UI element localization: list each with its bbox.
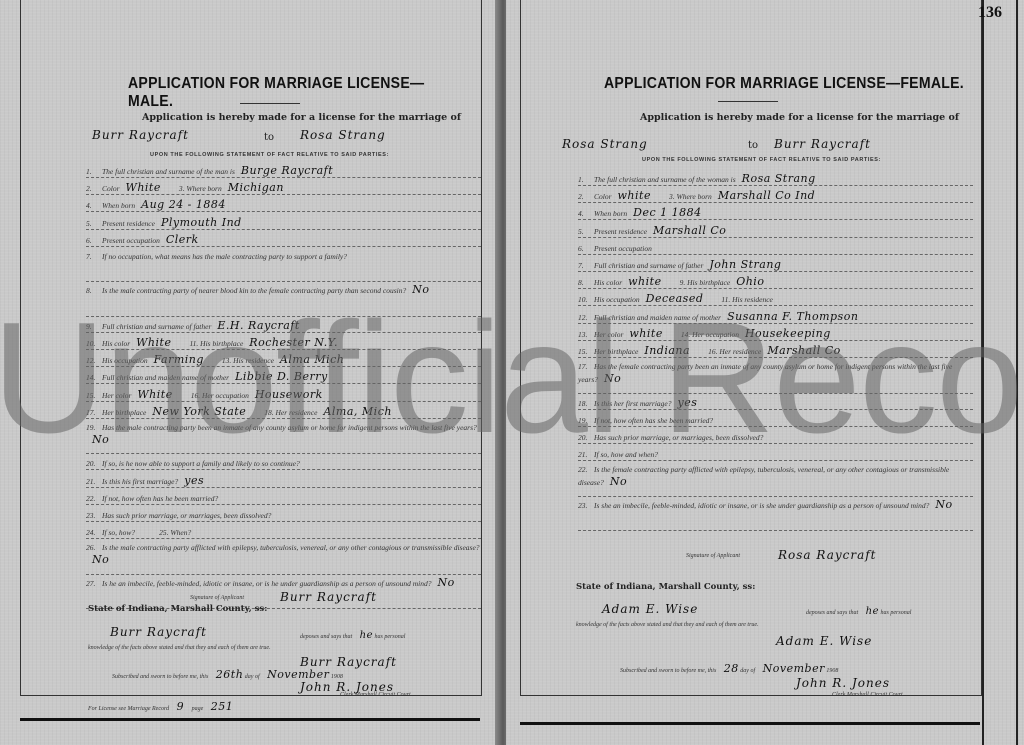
field-label: Is the male contracting party afflicted … [102,543,480,552]
field-value: Aug 24 - 1884 [141,198,226,211]
form-field-19: 19.If not, how often has she been marrie… [578,413,973,427]
field-label: If not, how often has he been married? [102,494,218,503]
field-number: 24. [86,528,102,537]
to-label: to [748,140,758,151]
field-number: 7. [86,251,102,263]
field-label: His birthplace [687,278,730,287]
form-field-7: 7.Full christian and surname of fatherJo… [578,258,973,272]
field-label: Where born [186,184,221,193]
form-field-15: 15.Her birthplaceIndiana16. Her residenc… [578,344,973,358]
field-number: 22. [86,494,102,503]
field-value: white [618,189,651,202]
field-number: 12. [86,356,102,365]
field-number: 3. [179,184,185,193]
page-number: 136 [978,4,1002,22]
field-value: Alma, Mich [323,405,391,418]
field-label: His color [102,339,130,348]
page-bottom-rule [20,718,480,721]
field-label: Is he an imbecile, feeble-minded, idioti… [102,579,431,588]
form-field-21: 21.If so, how and when? [578,447,973,461]
field-value: Marshall Co [653,224,726,237]
field-number: 14. [681,330,690,339]
female-bride-name: Rosa Strang [562,137,648,151]
field-number: 15. [578,347,594,356]
field-value: Burge Raycraft [241,164,333,177]
field-label: His occupation [102,356,148,365]
field-label: Her residence [275,408,317,417]
field-label: Color [102,184,120,193]
field-value: Susanna F. Thompson [727,310,858,323]
form-field-26: 26.Is the male contracting party afflict… [86,542,481,574]
field-label: Present occupation [102,236,160,245]
field-value: No [604,372,621,385]
field-label: Has such prior marriage, or marriages, b… [102,511,271,520]
field-label: Where born [676,192,711,201]
field-value: E.H. Raycraft [217,319,299,332]
field-number: 27. [86,578,102,590]
field-number: 11. [721,295,730,304]
field-label: Has the female contracting party been an… [578,362,952,384]
field-value: No [92,433,109,446]
field-value: Indiana [644,344,690,357]
form-field-2: 2.Colorwhite3. Where bornMarshall Co Ind [578,189,973,203]
field-label: Has the male contracting party been an i… [102,423,477,432]
field-label: His color [594,278,622,287]
field-number: 6. [86,236,102,245]
male-clerk-title: Clerk Marshall Circuit Court [340,692,411,698]
field-number: 2. [578,192,594,201]
form-field-12: 12.Full christian and maiden name of mot… [578,310,973,324]
female-signature-label: Signature of Applicant [686,553,740,559]
page-margin-line [982,0,984,745]
female-deposes-text: deposes and says that he has personal [806,606,911,617]
field-number: 22. [578,464,594,476]
field-number: 11. [189,339,198,348]
field-number: 15. [86,391,102,400]
field-number: 6. [578,244,594,253]
field-value: No [437,576,454,589]
form-field-24: 24.If so, how?25. When? [86,525,481,539]
title-rule [240,103,300,104]
field-value: White [136,336,171,349]
form-field-12: 12.His occupationFarming13. His residenc… [86,353,481,367]
female-deponent: Adam E. Wise [602,602,698,616]
field-label: Has such prior marriage, or marriages, b… [594,433,763,442]
title-rule [718,101,778,102]
male-intro: Application is hereby made for a license… [142,112,461,123]
field-value: Farming [154,353,204,366]
field-number: 17. [578,361,594,373]
form-field-13: 13.Her colorwhite14. Her occupationHouse… [578,327,973,341]
field-value: Ohio [736,275,764,288]
field-label: Her birthplace [102,408,146,417]
page-bottom-rule [520,722,980,725]
male-record-ref: For License see Marriage Record 9 page 2… [88,700,233,713]
field-label: Full christian and maiden name of mother [594,313,721,322]
field-label: Is this his first marriage? [102,477,178,486]
field-label: His residence [233,356,274,365]
field-number: 8. [578,278,594,287]
field-number: 1. [86,167,102,176]
form-field-10: 10.His occupationDeceased11. His residen… [578,292,973,306]
form-field-22: 22.If not, how often has he been married… [86,491,481,505]
female-state-line: State of Indiana, Marshall County, ss: [576,582,755,592]
field-label: Is the male contracting party of nearer … [102,286,406,295]
form-field-17: 17.Her birthplaceNew York State18. Her r… [86,405,481,419]
field-value: Marshall Co Ind [718,189,815,202]
field-number: 3. [669,192,675,201]
field-label: Is the female contracting party afflicte… [578,465,949,487]
field-value: Dec 1 1884 [633,206,701,219]
form-field-1: 1.The full christian and surname of the … [578,172,973,186]
male-bride-name: Rosa Strang [300,128,386,142]
ledger-spread: APPLICATION FOR MARRIAGE LICENSE—MALE. A… [0,0,1024,745]
field-value: white [628,275,661,288]
field-number: 16. [708,347,717,356]
field-label: When? [170,528,191,537]
form-field-23: 23.Is she an imbecile, feeble-minded, id… [578,499,973,531]
field-number: 10. [578,295,594,304]
field-number: 19. [578,416,594,425]
field-value: No [935,498,952,511]
form-field-19: 19.Has the male contracting party been a… [86,422,481,454]
form-field-1: 1.The full christian and surname of the … [86,164,481,178]
form-field-5: 5.Present residenceMarshall Co [578,224,973,238]
female-subscribed-line: Subscribed and sworn to before me, this … [620,662,838,675]
female-clerk-title: Clerk Marshall Circuit Court [832,692,903,698]
field-label: Full christian and surname of father [594,261,703,270]
field-value: yes [678,396,698,409]
field-value: No [92,553,109,566]
form-field-15: 15.Her colorWhite16. Her occupationHouse… [86,388,481,402]
field-value: Alma Mich [280,353,344,366]
form-field-7: 7.If no occupation, what means has the m… [86,250,481,282]
female-clerk-signature: John R. Jones [796,676,890,690]
form-field-10: 10.His colorWhite11. His birthplaceRoche… [86,336,481,350]
field-label: When born [594,209,627,218]
field-number: 8. [86,285,102,297]
field-label: Present residence [594,227,647,236]
field-value: Rochester N.Y. [249,336,338,349]
male-application-page: APPLICATION FOR MARRIAGE LICENSE—MALE. A… [0,0,500,745]
field-number: 13. [578,330,594,339]
field-label: Her color [594,330,623,339]
female-intro: Application is hereby made for a license… [640,112,959,123]
field-number: 21. [578,450,594,459]
form-field-17: 17.Has the female contracting party been… [578,361,973,393]
field-value: No [610,475,627,488]
field-number: 1. [578,175,594,184]
field-label: If so, is he now able to support a famil… [102,459,300,468]
form-field-6: 6.Present occupationClerk [86,233,481,247]
field-number: 4. [86,201,102,210]
field-label: Full christian and surname of father [102,322,211,331]
male-form-title: APPLICATION FOR MARRIAGE LICENSE—MALE. [128,75,455,111]
form-field-18: 18.Is this her first marriage?yes [578,396,973,410]
field-value: Deceased [646,292,704,305]
male-state-line: State of Indiana, Marshall County, ss: [88,604,267,614]
field-number: 5. [86,219,102,228]
field-value: John Strang [709,258,781,271]
field-number: 2. [86,184,102,193]
form-field-4: 4.When bornAug 24 - 1884 [86,198,481,212]
field-number: 21. [86,477,102,486]
field-value: Libbie D. Berry [235,370,328,383]
female-form-title: APPLICATION FOR MARRIAGE LICENSE—FEMALE. [604,75,964,93]
male-deposes-text: deposes and says that he has personal [300,630,405,641]
field-label: If no occupation, what means has the mal… [102,252,347,261]
field-number: 17. [86,408,102,417]
field-label: Her residence [719,347,761,356]
field-number: 18. [264,408,273,417]
field-number: 4. [578,209,594,218]
field-label: His occupation [594,295,640,304]
field-value: Plymouth Ind [161,216,242,229]
field-label: If so, how? [102,528,135,537]
field-number: 12. [578,313,594,322]
field-label: Is she an imbecile, feeble-minded, idiot… [594,501,929,510]
male-knowledge-text: knowledge of the facts above stated and … [88,645,271,651]
field-label: Present occupation [594,244,652,253]
page-margin-line [1016,0,1018,745]
form-field-22: 22.Is the female contracting party affli… [578,464,973,496]
field-value: Rosa Strang [742,172,816,185]
male-statement: UPON THE FOLLOWING STATEMENT OF FACT REL… [150,152,389,158]
field-number: 9. [680,278,686,287]
field-number: 16. [191,391,200,400]
field-label: If not, how often has she been married? [594,416,713,425]
field-number: 20. [86,459,102,468]
form-field-5: 5.Present residencePlymouth Ind [86,216,481,230]
field-label: Her occupation [202,391,249,400]
male-groom-name: Burr Raycraft [92,128,189,142]
field-label: When born [102,201,135,210]
field-value: Clerk [166,233,199,246]
field-label: Her occupation [692,330,739,339]
female-groom-name: Burr Raycraft [774,137,871,151]
field-label: Her color [102,391,131,400]
field-value: White [137,388,172,401]
field-value: No [412,283,429,296]
field-label: Her birthplace [594,347,638,356]
field-number: 7. [578,261,594,270]
female-statement: UPON THE FOLLOWING STATEMENT OF FACT REL… [642,157,881,163]
field-label: Is this her first marriage? [594,399,672,408]
form-field-8: 8.Is the male contracting party of neare… [86,284,481,316]
field-label: The full christian and surname of the wo… [594,175,736,184]
field-value: Housework [255,388,323,401]
field-value: Marshall Co [767,344,840,357]
male-signature-label: Signature of Applicant [190,595,244,601]
form-field-8: 8.His colorwhite9. His birthplaceOhio [578,275,973,289]
male-deponent-signature: Burr Raycraft [300,655,397,669]
field-label: His residence [732,295,773,304]
field-value: Michigan [228,181,284,194]
field-number: 23. [86,511,102,520]
field-label: Present residence [102,219,155,228]
form-field-2: 2.ColorWhite3. Where bornMichigan [86,181,481,195]
field-value: Housekeeping [745,327,831,340]
female-application-page: 136 APPLICATION FOR MARRIAGE LICENSE—FEM… [506,0,1024,745]
field-number: 13. [222,356,231,365]
female-knowledge-text: knowledge of the facts above stated and … [576,622,759,628]
form-field-20: 20.If so, is he now able to support a fa… [86,456,481,470]
to-label: to [264,132,274,143]
female-deponent-signature: Adam E. Wise [776,634,872,648]
field-number: 18. [578,399,594,408]
field-number: 23. [578,500,594,512]
field-label: Full christian and maiden name of mother [102,373,229,382]
field-number: 9. [86,322,102,331]
field-value: white [629,327,662,340]
field-label: His birthplace [200,339,243,348]
field-label: Color [594,192,612,201]
field-number: 25. [159,528,168,537]
field-number: 5. [578,227,594,236]
field-label: If so, how and when? [594,450,658,459]
field-value: New York State [152,405,246,418]
field-value: yes [184,474,204,487]
female-signature: Rosa Raycraft [778,548,877,562]
field-label: The full christian and surname of the ma… [102,167,235,176]
male-deponent: Burr Raycraft [110,625,207,639]
form-field-14: 14.Full christian and maiden name of mot… [86,370,481,384]
form-field-21: 21.Is this his first marriage?yes [86,474,481,488]
form-field-4: 4.When bornDec 1 1884 [578,206,973,220]
field-value: White [126,181,161,194]
form-field-9: 9.Full christian and surname of fatherE.… [86,319,481,333]
field-number: 20. [578,433,594,442]
field-number: 14. [86,373,102,382]
field-number: 10. [86,339,102,348]
form-field-6: 6.Present occupation [578,241,973,255]
form-field-23: 23.Has such prior marriage, or marriages… [86,508,481,522]
male-signature: Burr Raycraft [280,590,377,604]
form-field-20: 20.Has such prior marriage, or marriages… [578,430,973,444]
